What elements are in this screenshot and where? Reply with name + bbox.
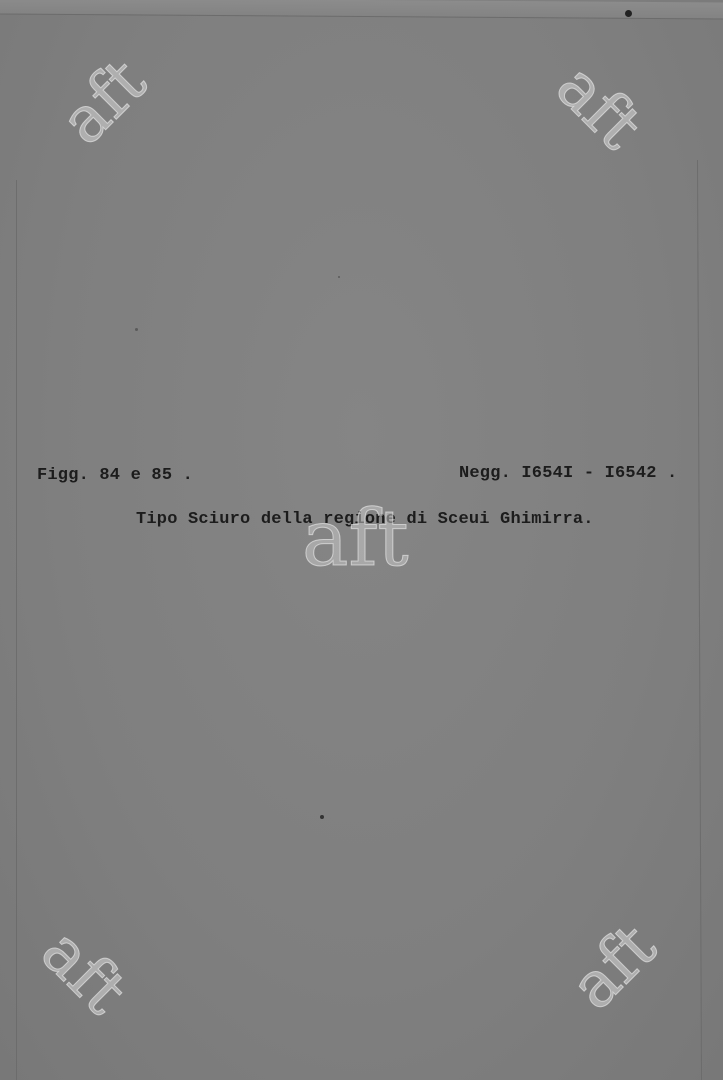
- ink-spot: [625, 10, 632, 17]
- left-fold-line: [16, 180, 17, 1080]
- archival-card: aft aft Figg. 84 e 85 . Negg. I654I - I6…: [0, 0, 723, 1080]
- watermark-top-left: aft: [50, 48, 157, 155]
- figures-reference: Figg. 84 e 85 .: [37, 466, 193, 485]
- negatives-reference: Negg. I654I - I6542 .: [459, 464, 677, 483]
- dust-speck: [338, 276, 340, 278]
- watermark-bottom-right: aft: [560, 913, 667, 1020]
- watermark-bottom-left: aft: [30, 918, 137, 1025]
- watermark-center: aft: [302, 500, 409, 578]
- watermark-top-right: aft: [545, 53, 652, 160]
- dust-speck: [320, 815, 324, 819]
- dust-speck: [135, 328, 138, 331]
- paper-top-edge: [0, 0, 723, 20]
- right-fold-line: [697, 160, 702, 1080]
